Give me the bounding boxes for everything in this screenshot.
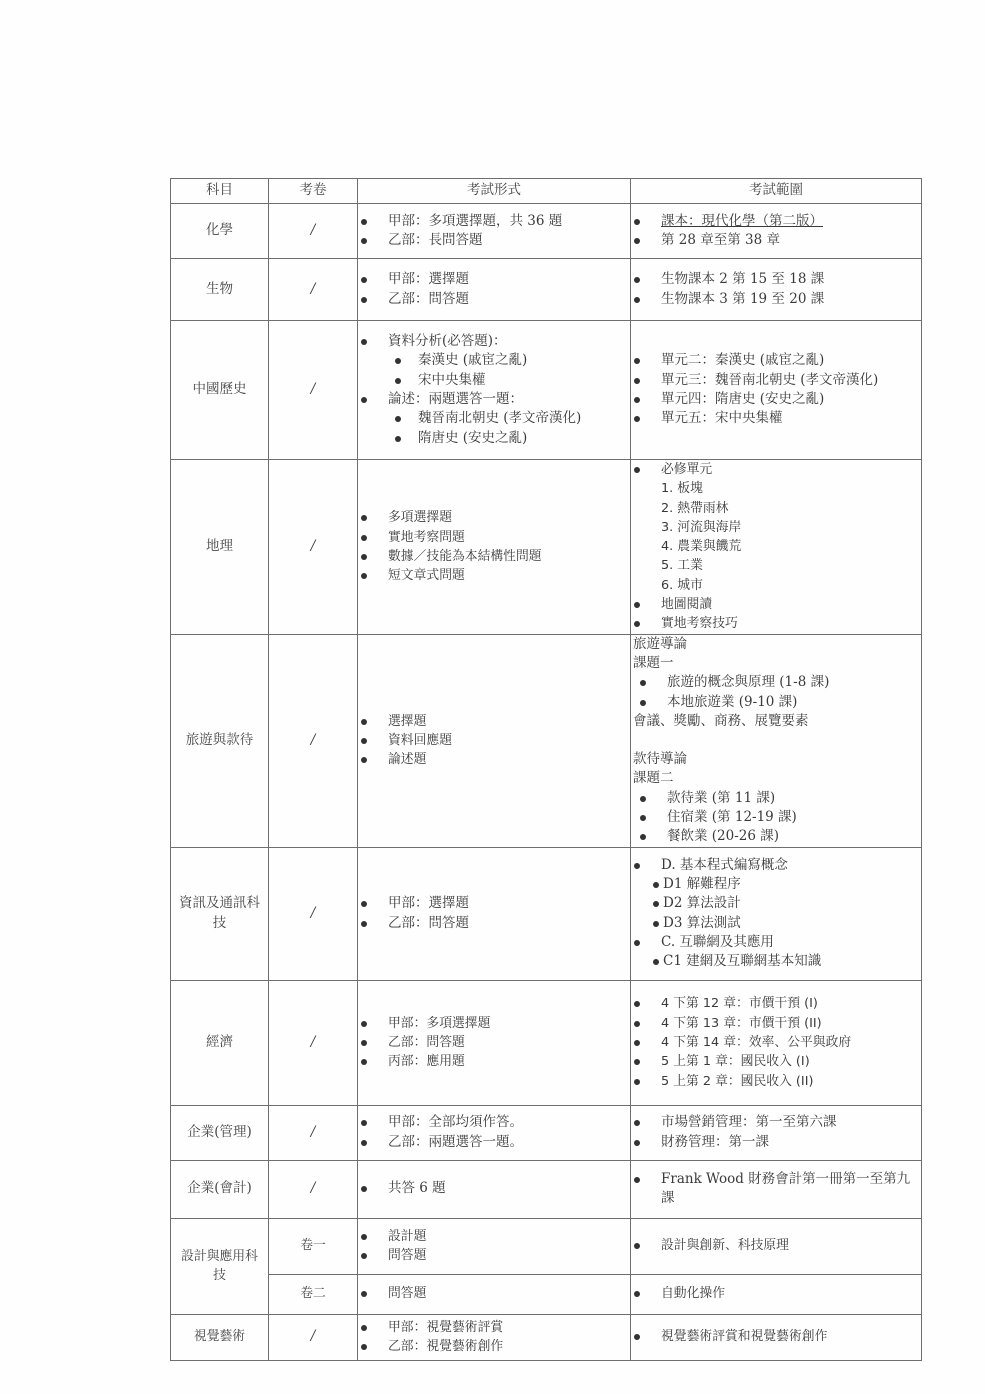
- scope-item: 款待業 (第 11 課): [637, 789, 921, 808]
- scope-item: 生物課本 2 第 15 至 18 課: [631, 270, 921, 289]
- format-item: 數據／技能為本結構性問題: [358, 547, 630, 566]
- scope-item: Frank Wood 財務會計第一冊第一至第九課: [631, 1170, 921, 1209]
- scope-subitem: D3 算法測試: [653, 914, 921, 933]
- paper-cell: /: [269, 259, 358, 321]
- format-item: 甲部：視覺藝術評賞: [358, 1318, 630, 1337]
- format-cell: 問答題: [358, 1274, 631, 1314]
- core-unit: 5. 工業: [661, 556, 921, 575]
- subject-cell: 化學: [171, 204, 269, 259]
- header-paper: 考卷: [269, 179, 358, 204]
- format-item: 甲部：選擇題: [358, 894, 630, 913]
- scope-item: 第 28 章至第 38 章: [631, 231, 921, 250]
- scope-cell: 自動化操作: [631, 1274, 922, 1314]
- scope-cell: 設計與創新、科技原理: [631, 1218, 922, 1274]
- scope-cell: Frank Wood 財務會計第一冊第一至第九課: [631, 1160, 922, 1218]
- scope-item: D. 基本程式編寫概念: [631, 856, 921, 875]
- format-item: 論述：兩題選答一題：: [358, 390, 630, 409]
- table-row-tourism: 旅遊與款待 / 選擇題 資料回應題 論述題 旅遊導論 課題一 旅遊的概念與原理 …: [171, 634, 922, 847]
- scope-item: 4 下第 12 章：市價干預 (I): [631, 994, 921, 1013]
- paper-cell: 卷二: [269, 1274, 358, 1314]
- part-title: 款待導論: [633, 750, 921, 769]
- table-row-ict: 資訊及通訊科技 / 甲部：選擇題 乙部：問答題 D. 基本程式編寫概念 D1 解…: [171, 847, 922, 980]
- paper-cell: 卷一: [269, 1218, 358, 1274]
- table-row-chinese-history: 中國歷史 / 資料分析(必答題)： 秦漢史 (戚宦之亂) 宋中央集權 論述：兩題…: [171, 321, 922, 460]
- subject-cell: 經濟: [171, 980, 269, 1105]
- scope-item: 視覺藝術評賞和視覺藝術創作: [631, 1327, 921, 1346]
- format-cell: 共答 6 題: [358, 1160, 631, 1218]
- format-item: 問答題: [358, 1246, 630, 1265]
- scope-subitem: D1 解難程序: [653, 875, 921, 894]
- scope-cell: 生物課本 2 第 15 至 18 課 生物課本 3 第 19 至 20 課: [631, 259, 922, 321]
- table-row-geography: 地理 / 多項選擇題 實地考察問題 數據／技能為本結構性問題 短文章式問題 必修…: [171, 460, 922, 635]
- scope-item-textbook: 課本：現代化學（第二版）: [631, 212, 921, 231]
- scope-item: 本地旅遊業 (9-10 課): [637, 693, 921, 712]
- paper-cell: /: [269, 847, 358, 980]
- scope-item: 5 上第 2 章：國民收入 (II): [631, 1072, 921, 1091]
- format-cell: 設計題 問答題: [358, 1218, 631, 1274]
- table-header-row: 科目 考卷 考試形式 考試範圍: [171, 179, 922, 204]
- format-cell: 甲部：全部均須作答。 乙部：兩題選答一題。: [358, 1105, 631, 1160]
- format-cell: 選擇題 資料回應題 論述題: [358, 634, 631, 847]
- format-subitem: 隋唐史 (安史之亂): [388, 429, 630, 448]
- table-row-biology: 生物 / 甲部：選擇題 乙部：問答題 生物課本 2 第 15 至 18 課 生物…: [171, 259, 922, 321]
- scope-cell: 旅遊導論 課題一 旅遊的概念與原理 (1-8 課) 本地旅遊業 (9-10 課)…: [631, 634, 922, 847]
- format-item: 丙部：應用題: [358, 1052, 630, 1071]
- format-subitem: 宋中央集權: [388, 371, 630, 390]
- format-item: 乙部：問答題: [358, 914, 630, 933]
- part-title: 旅遊導論: [633, 635, 921, 654]
- format-item: 乙部：問答題: [358, 1033, 630, 1052]
- subject-cell: 資訊及通訊科技: [171, 847, 269, 980]
- scope-cell: 必修單元 1. 板塊 2. 熱帶雨林 3. 河流與海岸 4. 農業與饑荒 5. …: [631, 460, 922, 635]
- format-subitem: 秦漢史 (戚宦之亂): [388, 351, 630, 370]
- subject-cell: 生物: [171, 259, 269, 321]
- table-row-visual-arts: 視覺藝術 / 甲部：視覺藝術評賞 乙部：視覺藝術創作 視覺藝術評賞和視覺藝術創作: [171, 1314, 922, 1360]
- format-cell: 資料分析(必答題)： 秦漢史 (戚宦之亂) 宋中央集權 論述：兩題選答一題： 魏…: [358, 321, 631, 460]
- paper-cell: /: [269, 1314, 358, 1360]
- format-item: 甲部：選擇題: [358, 270, 630, 289]
- topic-label: 課題二: [633, 769, 921, 788]
- core-unit: 6. 城市: [661, 576, 921, 595]
- scope-item: 4 下第 14 章：效率、公平與政府: [631, 1033, 921, 1052]
- format-cell: 甲部：多項選擇題，共 36 題 乙部：長問答題: [358, 204, 631, 259]
- format-item: 多項選擇題: [358, 508, 630, 527]
- format-cell: 甲部：選擇題 乙部：問答題: [358, 847, 631, 980]
- scope-item: 地圖閱讀: [631, 595, 921, 614]
- core-unit: 2. 熱帶雨林: [661, 499, 921, 518]
- scope-item: 單元三：魏晉南北朝史 (孝文帝漢化): [631, 371, 921, 390]
- header-subject: 科目: [171, 179, 269, 204]
- scope-item: 旅遊的概念與原理 (1-8 課): [637, 673, 921, 692]
- paper-cell: /: [269, 980, 358, 1105]
- paper-cell: /: [269, 460, 358, 635]
- scope-subitem: C1 建網及互聯網基本知識: [653, 952, 921, 971]
- scope-item: 餐飲業 (20-26 課): [637, 827, 921, 846]
- format-item: 乙部：兩題選答一題。: [358, 1133, 630, 1152]
- table-row-economics: 經濟 / 甲部：多項選擇題 乙部：問答題 丙部：應用題 4 下第 12 章：市價…: [171, 980, 922, 1105]
- format-item: 選擇題: [358, 712, 630, 731]
- scope-cell: D. 基本程式編寫概念 D1 解難程序 D2 算法設計 D3 算法測試 C. 互…: [631, 847, 922, 980]
- format-subitem: 魏晉南北朝史 (孝文帝漢化): [388, 409, 630, 428]
- format-cell: 甲部：選擇題 乙部：問答題: [358, 259, 631, 321]
- scope-cell: 課本：現代化學（第二版） 第 28 章至第 38 章: [631, 204, 922, 259]
- scope-item: 5 上第 1 章：國民收入 (I): [631, 1052, 921, 1071]
- format-item: 甲部：多項選擇題，共 36 題: [358, 212, 630, 231]
- scope-item: 財務管理：第一課: [631, 1133, 921, 1152]
- scope-core-label: 必修單元: [631, 460, 921, 479]
- subject-cell: 旅遊與款待: [171, 634, 269, 847]
- format-item: 乙部：問答題: [358, 290, 630, 309]
- header-format: 考試形式: [358, 179, 631, 204]
- core-unit: 4. 農業與饑荒: [661, 537, 921, 556]
- scope-subitem: D2 算法設計: [653, 894, 921, 913]
- format-item: 甲部：多項選擇題: [358, 1014, 630, 1033]
- format-item: 實地考察問題: [358, 528, 630, 547]
- scope-note: 會議、獎勵、商務、展覽要素: [633, 712, 921, 731]
- scope-item: 實地考察技巧: [631, 614, 921, 633]
- scope-cell: 視覺藝術評賞和視覺藝術創作: [631, 1314, 922, 1360]
- table-row-chemistry: 化學 / 甲部：多項選擇題，共 36 題 乙部：長問答題 課本：現代化學（第二版…: [171, 204, 922, 259]
- scope-item: 設計與創新、科技原理: [631, 1236, 921, 1255]
- header-scope: 考試範圍: [631, 179, 922, 204]
- format-item: 乙部：長問答題: [358, 231, 630, 250]
- subject-cell: 視覺藝術: [171, 1314, 269, 1360]
- format-item: 設計題: [358, 1227, 630, 1246]
- table-row-bafs-management: 企業(管理) / 甲部：全部均須作答。 乙部：兩題選答一題。 市場營銷管理：第一…: [171, 1105, 922, 1160]
- exam-syllabus-table: 科目 考卷 考試形式 考試範圍 化學 / 甲部：多項選擇題，共 36 題 乙部：…: [170, 178, 922, 1361]
- format-cell: 甲部：多項選擇題 乙部：問答題 丙部：應用題: [358, 980, 631, 1105]
- table-row-dat-paper2: 卷二 問答題 自動化操作: [171, 1274, 922, 1314]
- subject-cell: 地理: [171, 460, 269, 635]
- format-item: 論述題: [358, 750, 630, 769]
- scope-item: 市場營銷管理：第一至第六課: [631, 1113, 921, 1132]
- paper-cell: /: [269, 321, 358, 460]
- scope-item: 單元五：宋中央集權: [631, 409, 921, 428]
- format-cell: 多項選擇題 實地考察問題 數據／技能為本結構性問題 短文章式問題: [358, 460, 631, 635]
- scope-item: 單元二：秦漢史 (戚宦之亂): [631, 351, 921, 370]
- scope-cell: 單元二：秦漢史 (戚宦之亂) 單元三：魏晉南北朝史 (孝文帝漢化) 單元四：隋唐…: [631, 321, 922, 460]
- format-item: 問答題: [358, 1284, 630, 1303]
- paper-cell: /: [269, 1105, 358, 1160]
- subject-cell: 設計與應用科技: [171, 1218, 269, 1314]
- format-item: 資料分析(必答題)：: [358, 332, 630, 351]
- core-unit: 3. 河流與海岸: [661, 518, 921, 537]
- format-item: 共答 6 題: [358, 1179, 630, 1198]
- paper-cell: /: [269, 204, 358, 259]
- format-item: 甲部：全部均須作答。: [358, 1113, 630, 1132]
- table-row-dat-paper1: 設計與應用科技 卷一 設計題 問答題 設計與創新、科技原理: [171, 1218, 922, 1274]
- format-cell: 甲部：視覺藝術評賞 乙部：視覺藝術創作: [358, 1314, 631, 1360]
- scope-cell: 市場營銷管理：第一至第六課 財務管理：第一課: [631, 1105, 922, 1160]
- format-item: 乙部：視覺藝術創作: [358, 1337, 630, 1356]
- spacer: [633, 731, 921, 750]
- scope-cell: 4 下第 12 章：市價干預 (I) 4 下第 13 章：市價干預 (II) 4…: [631, 980, 922, 1105]
- scope-item: 自動化操作: [631, 1284, 921, 1303]
- format-item: 短文章式問題: [358, 566, 630, 585]
- subject-cell: 中國歷史: [171, 321, 269, 460]
- scope-item: C. 互聯網及其應用: [631, 933, 921, 952]
- core-unit: 1. 板塊: [661, 479, 921, 498]
- topic-label: 課題一: [633, 654, 921, 673]
- subject-cell: 企業(管理): [171, 1105, 269, 1160]
- scope-item: 住宿業 (第 12-19 課): [637, 808, 921, 827]
- scope-item: 單元四：隋唐史 (安史之亂): [631, 390, 921, 409]
- paper-cell: /: [269, 1160, 358, 1218]
- paper-cell: /: [269, 634, 358, 847]
- document-page: 科目 考卷 考試形式 考試範圍 化學 / 甲部：多項選擇題，共 36 題 乙部：…: [0, 0, 985, 1394]
- format-item: 資料回應題: [358, 731, 630, 750]
- table-row-bafs-accounting: 企業(會計) / 共答 6 題 Frank Wood 財務會計第一冊第一至第九課: [171, 1160, 922, 1218]
- scope-item: 生物課本 3 第 19 至 20 課: [631, 290, 921, 309]
- scope-item: 4 下第 13 章：市價干預 (II): [631, 1014, 921, 1033]
- subject-cell: 企業(會計): [171, 1160, 269, 1218]
